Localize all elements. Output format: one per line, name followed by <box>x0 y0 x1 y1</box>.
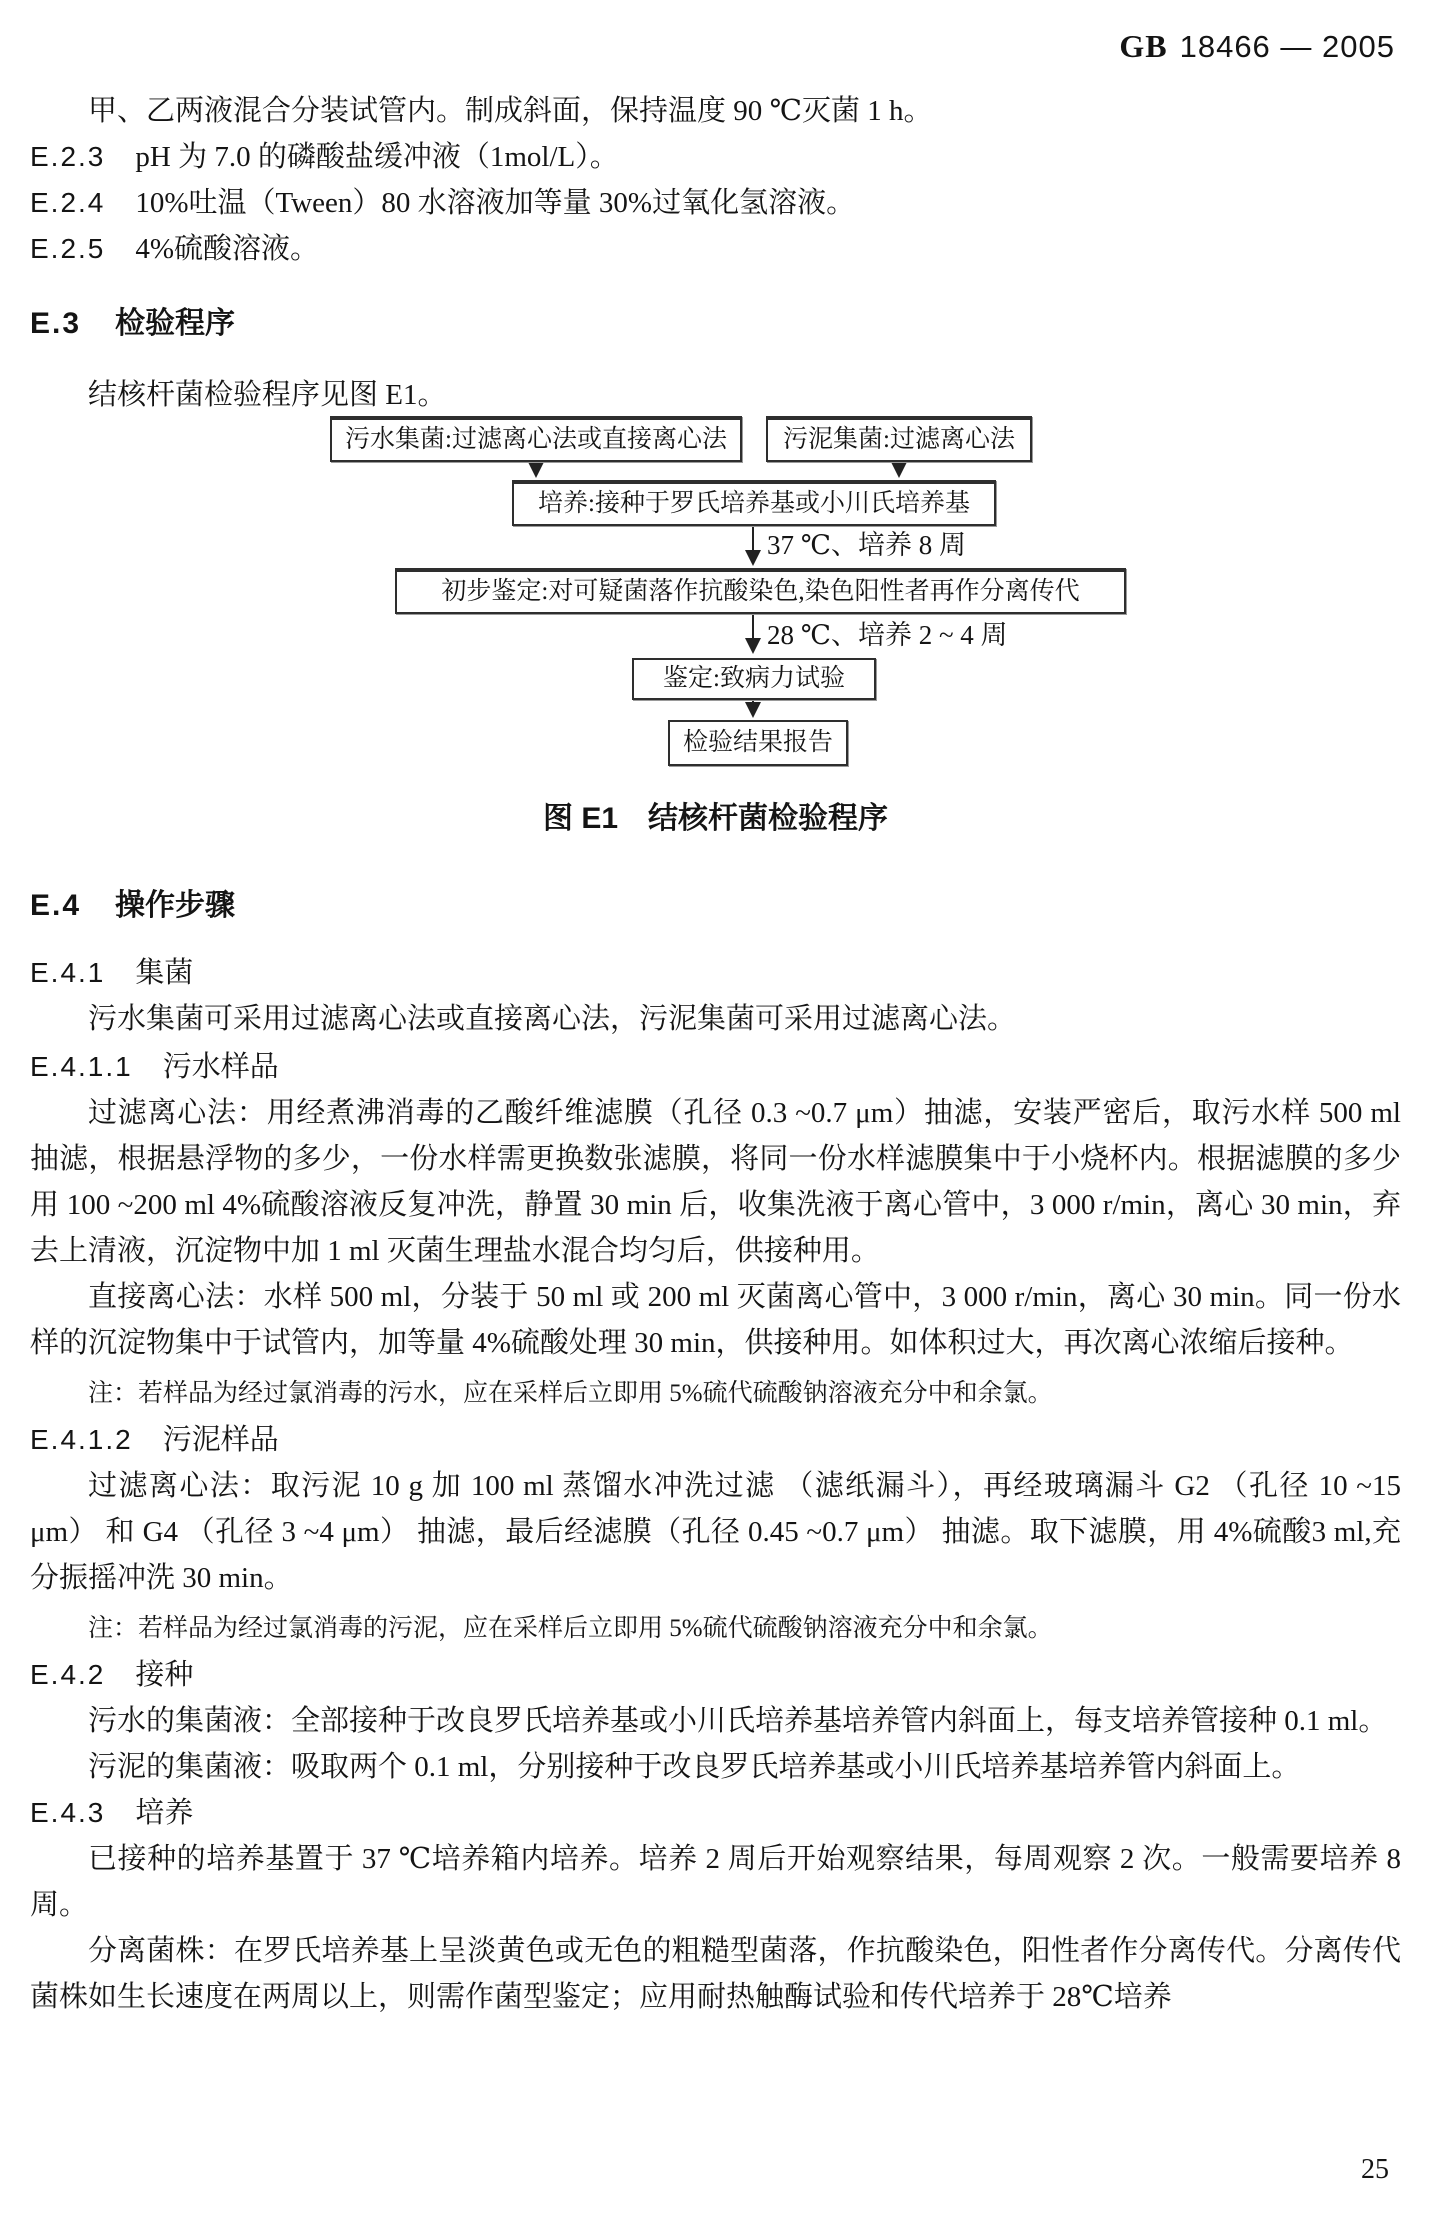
section-heading-e3: E.3检验程序 <box>30 304 1401 344</box>
subsection-title: 培养 <box>135 1797 193 1829</box>
paragraph-e4-2-sludge: 污泥的集菌液：吸取两个 0.1 ml，分别接种于改良罗氏培养基或小川氏培养基培养… <box>30 1744 1401 1790</box>
flow-edge-label-37c: 37 ℃、培养 8 周 <box>767 528 966 562</box>
paragraph-medium-prep: 甲、乙两液混合分装试管内。制成斜面，保持温度 90 ℃灭菌 1 h。 <box>30 88 1401 134</box>
paragraph-e4-1-2-filtration: 过滤离心法：取污泥 10 g 加 100 ml 蒸馏水冲洗过滤 （滤纸漏斗），再… <box>30 1463 1401 1601</box>
subsection-number: E.4.1 <box>30 957 105 988</box>
flow-box-sewage-collection: 污水集菌:过滤离心法或直接离心法 <box>330 416 742 462</box>
paragraph-e4-1-1-direct: 直接离心法：水样 500 ml，分装于 50 ml 或 200 ml 灭菌离心管… <box>30 1274 1401 1366</box>
flow-box-preliminary-identification: 初步鉴定:对可疑菌落作抗酸染色,染色阳性者再作分离传代 <box>395 568 1126 614</box>
doc-header: GB18466 — 2005 <box>30 26 1401 66</box>
section-heading-e4: E.4操作步骤 <box>30 886 1401 926</box>
clause-e2-4: E.2.410%吐温（Tween）80 水溶液加等量 30%过氧化氢溶液。 <box>30 180 1401 226</box>
subsection-number: E.4.1.2 <box>30 1424 133 1455</box>
paragraph-e4-2-sewage: 污水的集菌液：全部接种于改良罗氏培养基或小川氏培养基培养管内斜面上，每支培养管接… <box>30 1698 1401 1744</box>
clause-text: 10%吐温（Tween）80 水溶液加等量 30%过氧化氢溶液。 <box>135 187 855 219</box>
clause-text: 4%硫酸溶液。 <box>135 233 319 265</box>
subsection-heading-e4-3: E.4.3培养 <box>30 1790 1401 1836</box>
clause-number: E.2.5 <box>30 233 105 264</box>
paragraph-figure-intro: 结核杆菌检验程序见图 E1。 <box>30 372 1401 418</box>
subsection-number: E.4.3 <box>30 1797 105 1828</box>
flow-box-culture: 培养:接种于罗氏培养基或小川氏培养基 <box>512 480 996 526</box>
clause-text: pH 为 7.0 的磷酸盐缓冲液（1mol/L）。 <box>135 141 618 173</box>
figure-e1-flowchart: 污水集菌:过滤离心法或直接离心法 污泥集菌:过滤离心法 培养:接种于罗氏培养基或… <box>30 416 1401 768</box>
figure-caption: 图 E1结核杆菌检验程序 <box>30 798 1401 840</box>
clause-number: E.2.3 <box>30 141 105 172</box>
section-title: 检验程序 <box>115 307 235 340</box>
figure-caption-label: 图 E1 <box>543 802 618 835</box>
page-number: 25 <box>1361 2150 1389 2190</box>
clause-e2-3: E.2.3pH 为 7.0 的磷酸盐缓冲液（1mol/L）。 <box>30 134 1401 180</box>
section-number: E.3 <box>30 307 81 340</box>
standard-code-prefix: GB <box>1119 28 1167 64</box>
figure-caption-title: 结核杆菌检验程序 <box>648 802 888 835</box>
subsection-heading-e4-1-1: E.4.1.1污水样品 <box>30 1044 1401 1090</box>
paragraph-e4-1: 污水集菌可采用过滤离心法或直接离心法，污泥集菌可采用过滤离心法。 <box>30 996 1401 1042</box>
note-sludge-chlorine: 注：若样品为经过氯消毒的污泥，应在采样后立即用 5%硫代硫酸钠溶液充分中和余氯。 <box>30 1607 1401 1650</box>
subsection-title: 接种 <box>135 1659 193 1691</box>
subsection-title: 污水样品 <box>163 1051 279 1083</box>
clause-number: E.2.4 <box>30 187 105 218</box>
document-page: GB18466 — 2005 甲、乙两液混合分装试管内。制成斜面，保持温度 90… <box>0 0 1437 2222</box>
subsection-number: E.4.2 <box>30 1659 105 1690</box>
paragraph-e4-1-1-filtration: 过滤离心法：用经煮沸消毒的乙酸纤维滤膜（孔径 0.3 ~0.7 μm）抽滤，安装… <box>30 1090 1401 1274</box>
subsection-title: 污泥样品 <box>163 1424 279 1456</box>
clause-e2-5: E.2.54%硫酸溶液。 <box>30 226 1401 272</box>
subsection-heading-e4-2: E.4.2接种 <box>30 1652 1401 1698</box>
flow-box-identification: 鉴定:致病力试验 <box>632 658 876 700</box>
section-title: 操作步骤 <box>115 889 235 922</box>
flow-box-report: 检验结果报告 <box>668 720 848 766</box>
subsection-title: 集菌 <box>135 957 193 989</box>
flow-edge-label-28c: 28 ℃、培养 2 ~ 4 周 <box>767 618 1008 652</box>
subsection-heading-e4-1-2: E.4.1.2污泥样品 <box>30 1417 1401 1463</box>
subsection-heading-e4-1: E.4.1集菌 <box>30 950 1401 996</box>
note-sewage-chlorine: 注：若样品为经过氯消毒的污水，应在采样后立即用 5%硫代硫酸钠溶液充分中和余氯。 <box>30 1372 1401 1415</box>
subsection-number: E.4.1.1 <box>30 1051 133 1082</box>
standard-code-number: 18466 — 2005 <box>1180 29 1395 64</box>
flow-box-sludge-collection: 污泥集菌:过滤离心法 <box>766 416 1032 462</box>
section-number: E.4 <box>30 889 81 922</box>
paragraph-e4-3-incubation: 已接种的培养基置于 37 ℃培养箱内培养。培养 2 周后开始观察结果，每周观察 … <box>30 1836 1401 1928</box>
paragraph-e4-3-isolation: 分离菌株：在罗氏培养基上呈淡黄色或无色的粗糙型菌落，作抗酸染色，阳性者作分离传代… <box>30 1928 1401 2020</box>
